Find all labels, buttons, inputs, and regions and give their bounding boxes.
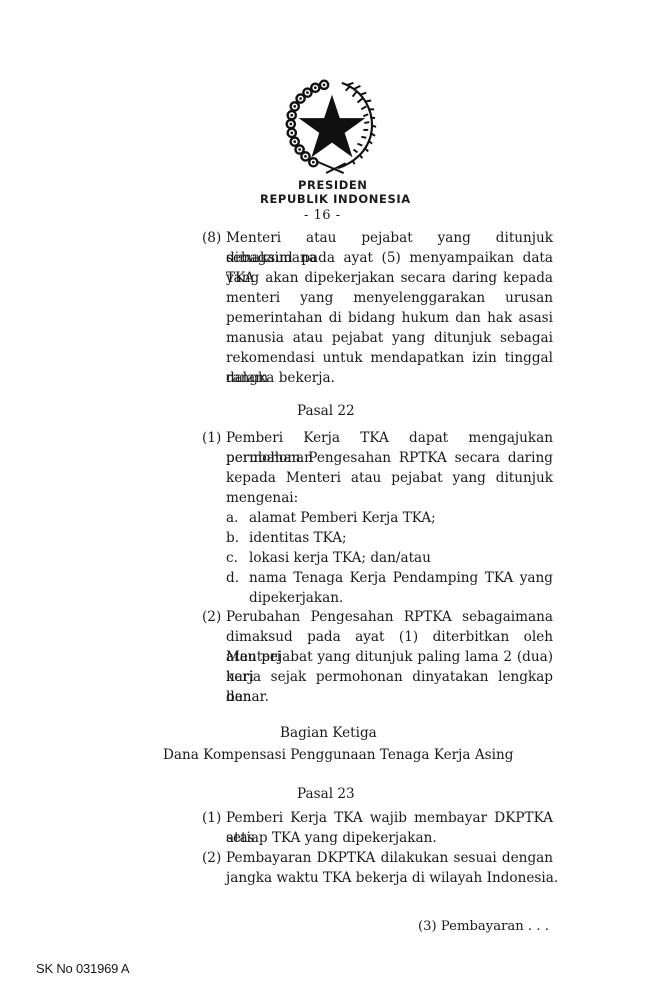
list-item-label: c. (226, 548, 238, 568)
text-line: rangka bekerja. (226, 368, 335, 388)
list-item-text-continued: dipekerjakan. (249, 588, 343, 608)
pasal-22-title: Pasal 22 (297, 401, 355, 421)
text-line: yang akan dipekerjakan secara daring kep… (226, 268, 553, 288)
pasal-23-ayat-1-number: (1) (202, 808, 221, 828)
pasal-22-ayat-1-number: (1) (202, 428, 221, 448)
text-line: menteri yang menyelenggarakan urusan (226, 288, 553, 308)
text-line: kerja sejak permohonan dinyatakan lengka… (226, 667, 553, 707)
header-republik-indonesia: REPUBLIK INDONESIA (260, 192, 411, 206)
footer-sk-number: SK No 031969 A (36, 961, 129, 976)
header-presiden: PRESIDEN (298, 178, 368, 192)
ayat-8-number: (8) (202, 228, 221, 248)
list-item-text: alamat Pemberi Kerja TKA; (249, 508, 436, 528)
list-item-label: b. (226, 528, 239, 548)
text-line: benar. (226, 687, 269, 707)
text-line: Pembayaran DKPTKA dilakukan sesuai denga… (226, 848, 553, 868)
garuda-presidential-emblem-icon (281, 76, 379, 176)
page-number: - 16 - (304, 208, 341, 223)
bagian-title: Bagian Ketiga (280, 723, 377, 743)
bagian-subtitle: Dana Kompensasi Penggunaan Tenaga Kerja … (163, 745, 513, 765)
continuation-catchword: (3) Pembayaran . . . (418, 919, 549, 934)
text-line: perubahan Pengesahan RPTKA secara daring (226, 448, 553, 468)
list-item-text: lokasi kerja TKA; dan/atau (249, 548, 431, 568)
list-item-label: a. (226, 508, 238, 528)
text-line: jangka waktu TKA bekerja di wilayah Indo… (226, 868, 558, 888)
list-item-text: identitas TKA; (249, 528, 347, 548)
text-line: mengenai: (226, 488, 298, 508)
pasal-23-title: Pasal 23 (297, 784, 355, 804)
text-line: pemerintahan di bidang hukum dan hak asa… (226, 308, 553, 328)
pasal-23-ayat-2-number: (2) (202, 848, 221, 868)
text-line: kepada Menteri atau pejabat yang ditunju… (226, 468, 553, 488)
list-item-label: d. (226, 568, 239, 588)
list-item-text: nama Tenaga Kerja Pendamping TKA yang (249, 568, 553, 588)
text-line: Perubahan Pengesahan RPTKA sebagaimana (226, 607, 553, 627)
text-line: manusia atau pejabat yang ditunjuk sebag… (226, 328, 553, 348)
text-line: setiap TKA yang dipekerjakan. (226, 828, 437, 848)
pasal-22-ayat-2-number: (2) (202, 607, 221, 627)
